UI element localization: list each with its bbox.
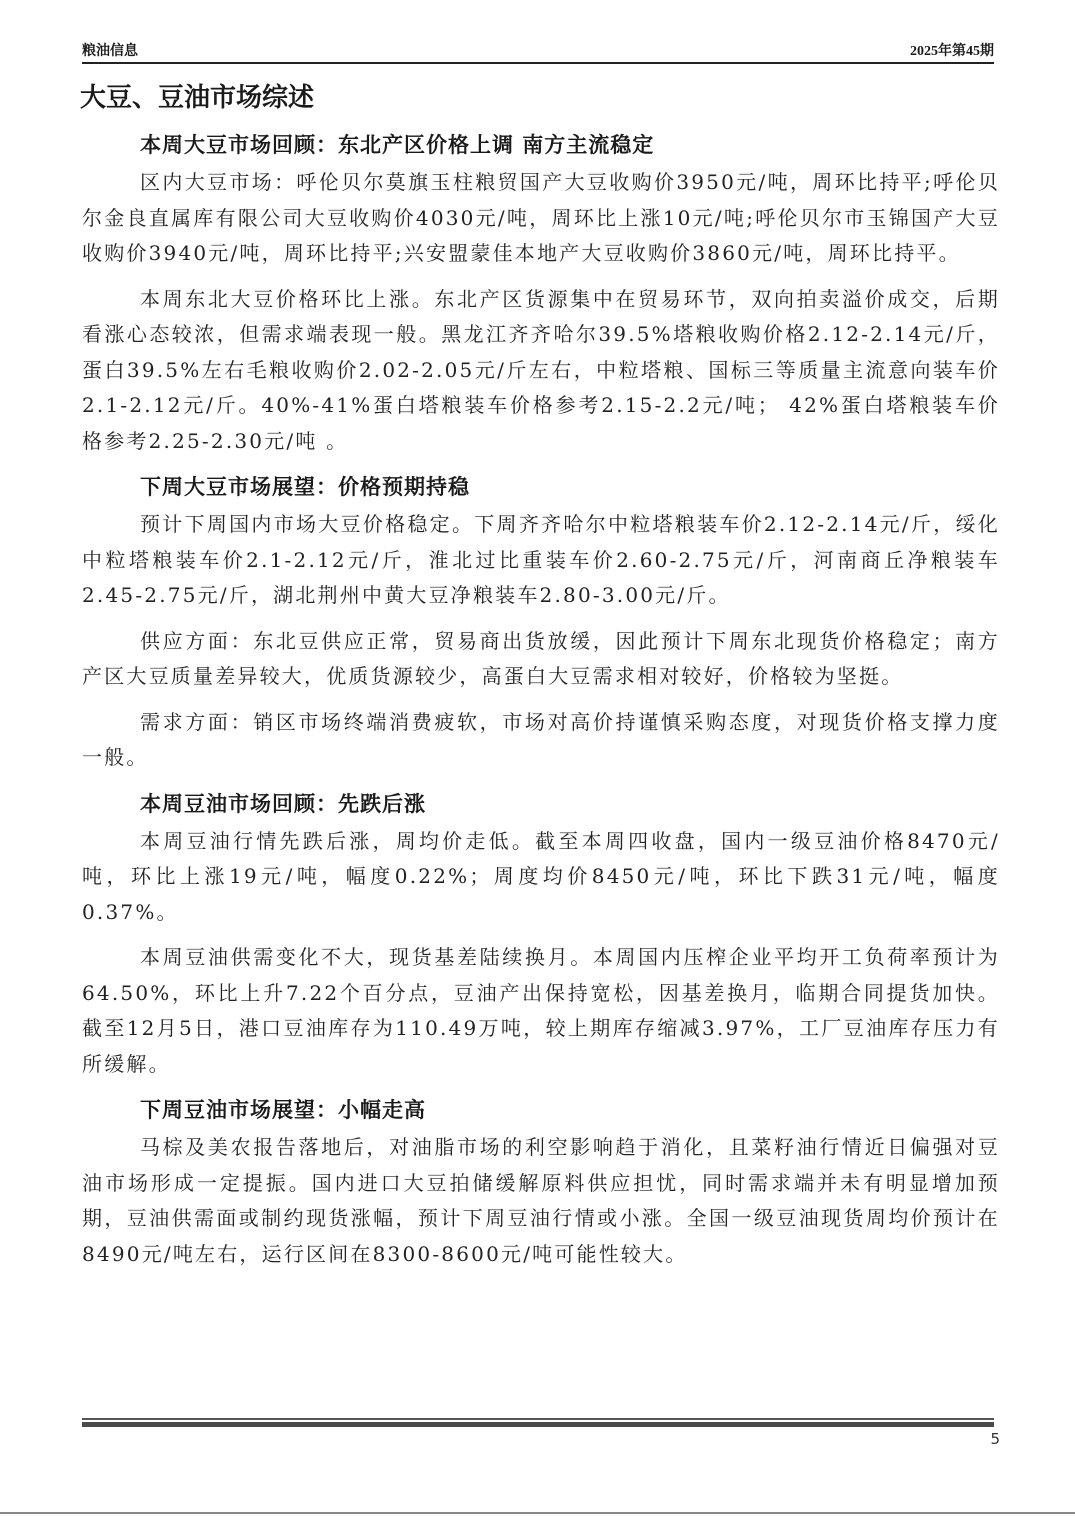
page-title: 大豆、豆油市场综述 xyxy=(80,80,314,116)
running-header: 粮油信息 2025年第45期 xyxy=(82,42,994,64)
paragraph: 需求方面：销区市场终端消费疲软，市场对高价持谨慎采购态度，对现货价格支撑力度一般… xyxy=(82,705,1000,776)
section-soyoil-review: 本周豆油市场回顾：先跌后涨 本周豆油行情先跌后涨，周均价走低。截至本周四收盘，国… xyxy=(82,786,1000,1083)
section-soybean-outlook: 下周大豆市场展望：价格预期持稳 预计下周国内市场大豆价格稳定。下周齐齐哈尔中粒塔… xyxy=(82,469,1000,776)
section-heading: 本周大豆市场回顾：东北产区价格上调 南方主流稳定 xyxy=(82,127,1000,165)
article-body: 本周大豆市场回顾：东北产区价格上调 南方主流稳定 区内大豆市场：呼伦贝尔莫旗玉柱… xyxy=(82,127,1000,1282)
footer-thick-rule xyxy=(82,1422,994,1427)
footer-divider xyxy=(82,1418,994,1428)
page-number: 5 xyxy=(990,1430,1000,1448)
paragraph: 本周豆油供需变化不大，现货基差陆续换月。本周国内压榨企业平均开工负荷率预计为64… xyxy=(82,940,1000,1082)
issue-number: 2025年第45期 xyxy=(910,42,994,62)
section-soybean-review: 本周大豆市场回顾：东北产区价格上调 南方主流稳定 区内大豆市场：呼伦贝尔莫旗玉柱… xyxy=(82,127,1000,459)
paragraph: 马棕及美农报告落地后，对油脂市场的利空影响趋于消化，且菜籽油行情近日偏强对豆油市… xyxy=(82,1130,1000,1272)
paragraph: 预计下周国内市场大豆价格稳定。下周齐齐哈尔中粒塔粮装车价2.12-2.14元/斤… xyxy=(82,507,1000,614)
section-heading: 本周豆油市场回顾：先跌后涨 xyxy=(82,786,1000,824)
paragraph: 本周豆油行情先跌后涨，周均价走低。截至本周四收盘，国内一级豆油价格8470元/吨… xyxy=(82,824,1000,931)
section-soyoil-outlook: 下周豆油市场展望：小幅走高 马棕及美农报告落地后，对油脂市场的利空影响趋于消化，… xyxy=(82,1092,1000,1272)
page-edge xyxy=(0,1512,1075,1514)
paragraph: 本周东北大豆价格环比上涨。东北产区货源集中在贸易环节，双向拍卖溢价成交，后期看涨… xyxy=(82,282,1000,460)
section-heading: 下周豆油市场展望：小幅走高 xyxy=(82,1092,1000,1130)
paragraph: 供应方面：东北豆供应正常，贸易商出货放缓，因此预计下周东北现货价格稳定；南方产区… xyxy=(82,624,1000,695)
publication-name: 粮油信息 xyxy=(82,42,138,62)
paragraph: 区内大豆市场：呼伦贝尔莫旗玉柱粮贸国产大豆收购价3950元/吨，周环比持平;呼伦… xyxy=(82,165,1000,272)
section-heading: 下周大豆市场展望：价格预期持稳 xyxy=(82,469,1000,507)
